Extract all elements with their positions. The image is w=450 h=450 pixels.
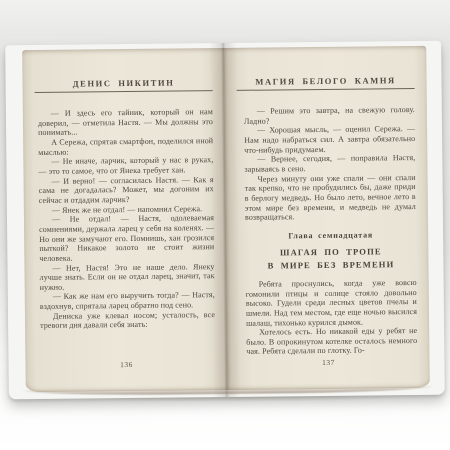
paragraph: Через минуту они уже спали — они спали т… (245, 173, 416, 223)
paragraph: — Нет, Настя! Это не наше дело. Янеку лу… (39, 262, 214, 293)
paragraph: Дениска уже клевал носом; усталость, все… (40, 310, 215, 331)
right-page-number: 137 (227, 357, 429, 368)
paragraph: — Не отдал! — Настя, одолеваемая сомнени… (39, 213, 214, 263)
chapter-heading: Глава семнадцатая ШАГАЯ ПО ТРОПЕ В МИРЕ … (245, 230, 416, 273)
page-spread: ДЕНИС НИКИТИН — И здесь его тайник, кото… (22, 46, 430, 392)
paragraph: — Решим это завтра, на свежую голову. Ла… (244, 105, 415, 126)
right-text-before-chapter: — Решим это завтра, на свежую голову. Ла… (244, 105, 416, 223)
right-text-after-chapter: Ребята проснулись, когда уже вовсю гомон… (246, 278, 418, 357)
left-header-rule (35, 90, 213, 93)
paragraph: Ребята проснулись, когда уже вовсю гомон… (246, 278, 417, 328)
left-page: ДЕНИС НИКИТИН — И здесь его тайник, кото… (22, 48, 228, 392)
paragraph: — Не иначе, ларчик, который у нас в рука… (38, 155, 213, 176)
paragraph: — Как же нам его выручить тогда? — Настя… (40, 291, 215, 312)
right-page: МАГИЯ БЕЛОГО КАМНЯ — Решим это завтра, н… (224, 46, 430, 390)
paragraph: — И здесь его тайник, который он нам дов… (38, 107, 213, 138)
right-running-head: МАГИЯ БЕЛОГО КАМНЯ (225, 75, 427, 87)
chapter-label: Глава семнадцатая (245, 230, 416, 241)
chapter-title-line-2: В МИРЕ БЕЗ ВРЕМЕНИ (245, 258, 416, 273)
open-book: ДЕНИС НИКИТИН — И здесь его тайник, кото… (5, 41, 445, 400)
paragraph: — И верно! — согласилась Настя. — Как я … (39, 175, 214, 206)
left-page-number: 136 (25, 359, 227, 370)
left-running-head: ДЕНИС НИКИТИН (23, 77, 225, 89)
paragraph: Хотелось есть. Но никакой еды у ребят не… (246, 326, 417, 357)
left-text-column: — И здесь его тайник, который он нам дов… (38, 107, 215, 331)
photo-backdrop: ДЕНИС НИКИТИН — И здесь его тайник, кото… (0, 0, 450, 450)
paragraph: — Вернее, сегодня, — поправила Настя, за… (244, 153, 415, 174)
right-header-rule (237, 88, 415, 91)
paragraph: А Сережа, спрятав смартфон, поделился ин… (38, 136, 213, 157)
paragraph: — Хорошая мысль, — оценил Сережа. — Нам … (244, 124, 415, 155)
right-text-column: — Решим это завтра, на свежую голову. Ла… (244, 105, 418, 357)
